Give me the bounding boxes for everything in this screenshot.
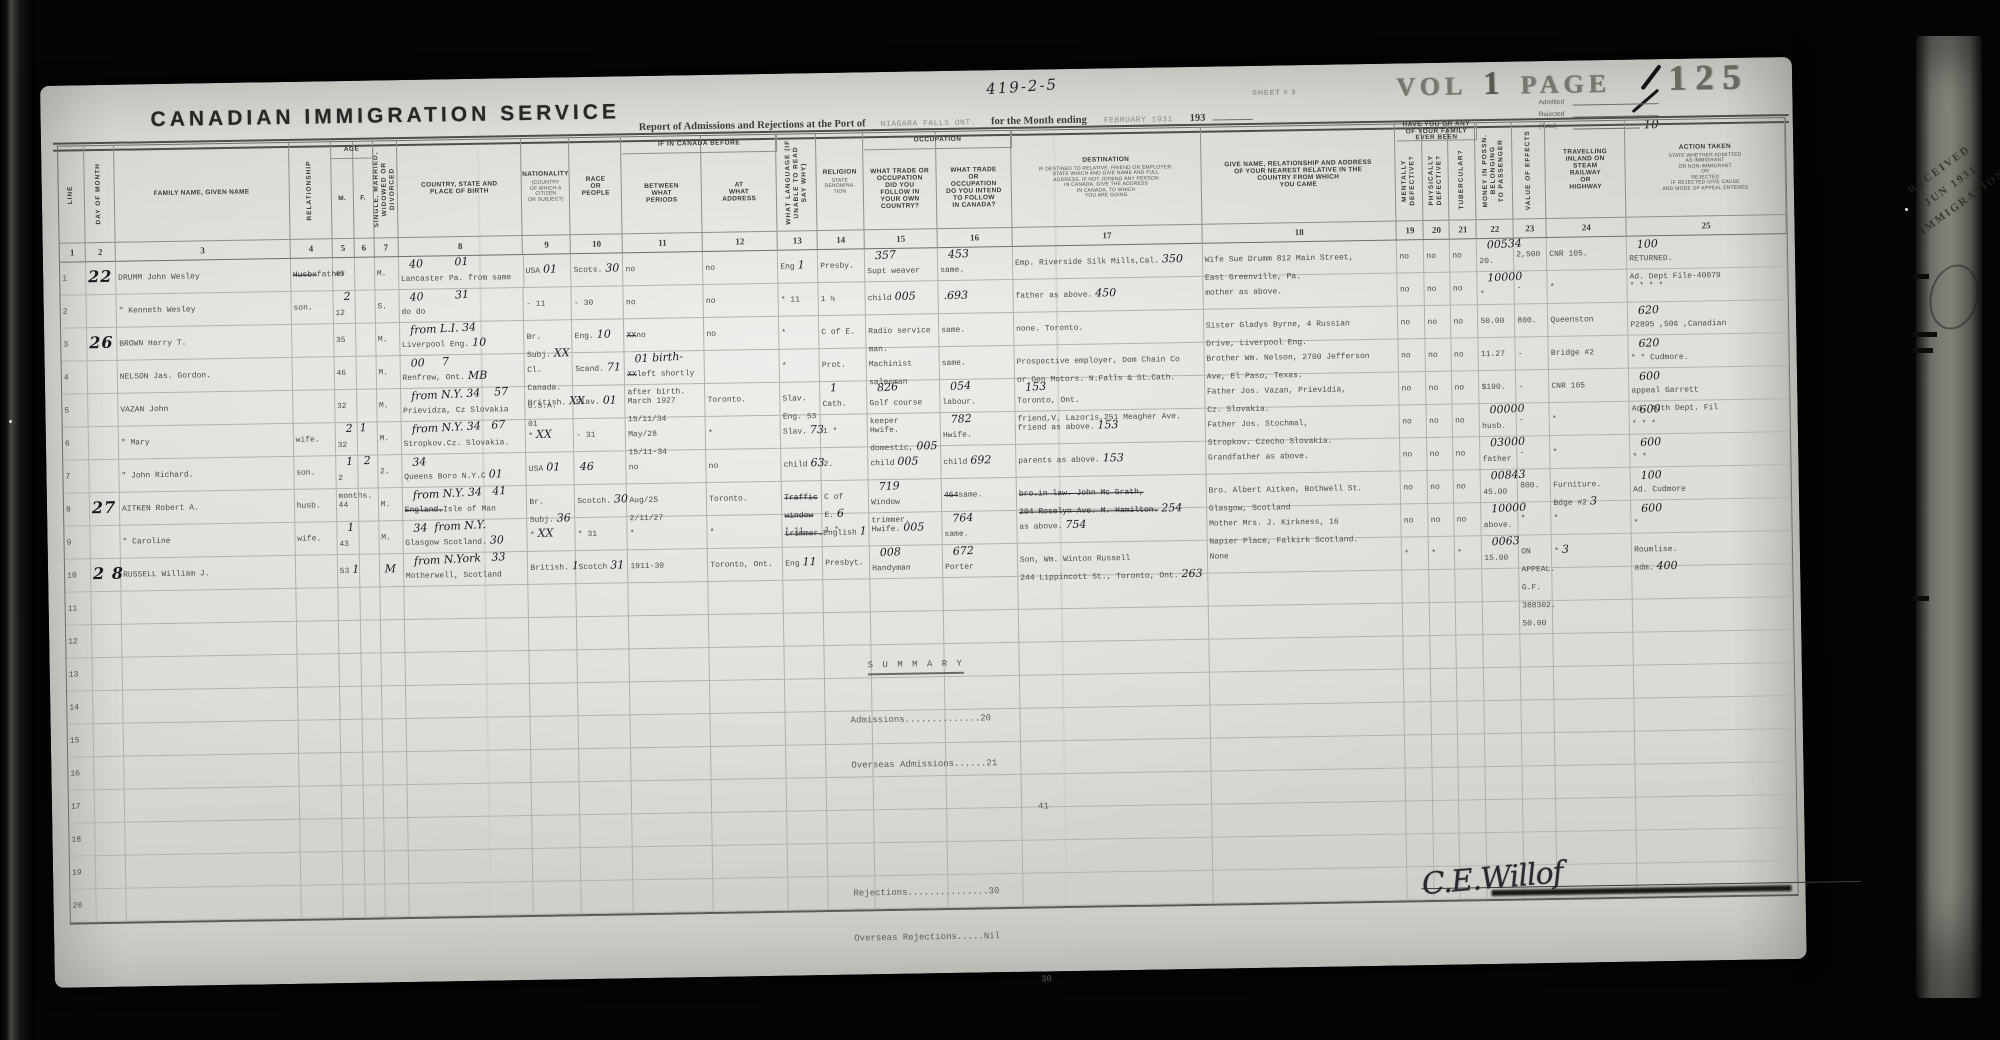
table-cell [1209,636,1404,671]
column-header-label: FAMILY NAME, GIVEN NAME [154,188,250,197]
table-cell: * [1402,537,1429,569]
table-cell [710,680,785,713]
table-cell: no [1400,405,1427,437]
table-cell [631,714,711,747]
table-cell [1632,564,1792,599]
table-cell: Toronto, Ont. [708,548,783,581]
table-cell: * 11 [779,283,819,316]
table-cell: Father Jos. Stochmal, Stropkov. Czecho S… [1205,405,1400,440]
table-cell [405,618,530,652]
table-cell: ″ Kenneth Wesley [116,292,291,327]
table-cell [299,786,341,819]
table-cell: same. [939,346,1014,379]
table-cell: 40 01Lancaster Pa. from same [399,255,524,289]
table-cell: Cl. Canada. U.S.A. 01 [525,353,573,386]
admitted-row: Admitted [1538,95,1658,106]
table-cell [578,649,630,682]
table-cell [86,295,116,327]
column-header-label: ACTION TAKEN [1679,143,1731,151]
table-cell: 27 [90,493,120,525]
table-cell: no [1399,372,1426,404]
table-cell: 14 [67,691,93,723]
column-header: NATIONALITY(COUNTRY OF WHICH A CITIZEN O… [521,138,571,235]
film-mark [1913,348,1933,353]
film-scribble [1923,259,1986,335]
column-header-label: F. [360,194,366,201]
table-cell: *XX [526,419,574,452]
table-cell [89,460,119,492]
table-cell: as above.754 [1017,508,1207,543]
table-cell: USA01 [527,452,575,485]
table-cell [1636,795,1796,830]
table-cell [634,879,714,912]
table-cell: 1 * [822,513,869,546]
column-header-label: RELIGION [823,168,857,176]
table-cell: Slav.01 [574,385,626,418]
table-cell [1486,767,1523,800]
column-number: 5 [332,239,354,257]
table-cell: M. [377,422,401,454]
table-cell [530,683,578,716]
table-cell: 35 [334,324,357,356]
table-cell [1459,800,1486,832]
table-cell [1633,597,1793,632]
table-cell [1456,569,1483,601]
table-cell: child005 [865,281,938,314]
table-cell [122,622,297,657]
film-mark [1913,596,1929,601]
column-header-label: DESTINATION [1082,155,1129,163]
column-number: 17 [1012,225,1202,246]
table-cell [1433,768,1459,800]
table-cell [577,583,629,616]
table-cell: VAZAN John [118,391,293,426]
table-cell [577,616,629,649]
table-cell [786,712,826,745]
table-cell: 357Supt weaver [865,248,938,281]
table-cell: 054labour. [940,379,1015,412]
table-cell: no [1428,504,1454,536]
table-cell [88,394,118,426]
table-cell: 1 ½ [818,282,865,315]
column-header-label: NATIONALITY [522,170,569,178]
table-cell [338,588,361,620]
year-blank [1212,110,1252,121]
table-cell [381,653,405,685]
table-cell [91,592,121,624]
table-cell: 1Cath. [820,381,867,414]
table-cell [709,614,784,647]
table-cell: 00000husb. [1480,404,1518,437]
table-cell [631,747,711,780]
table-cell [383,752,407,784]
table-cell: * [1518,502,1551,535]
table-cell [1633,630,1793,665]
column-number: 16 [937,228,1012,247]
column-header: COUNTRY, STATE AND PLACE OF BIRTH [397,139,523,237]
table-cell [1430,570,1456,602]
table-cell [360,587,381,619]
table-cell: 100Ad. Cudmore [1631,465,1791,500]
handwritten-stroke [1640,64,1661,90]
table-cell: Sister Gladys Byrne, 4 Russian Drive, Li… [1204,307,1399,342]
table-cell: 50.00 [1478,305,1515,338]
table-cell: Roumlise. adm.400 [1632,531,1792,566]
table-cell: * [628,516,708,549]
column-header: MONEY IN POSSN. BELONGING TO PASSENGER [1475,123,1514,220]
column-number: 21 [1450,220,1477,238]
table-cell: friend as above.153 [1015,409,1205,444]
table-cell: 10 [65,559,91,591]
table-cell [381,620,405,652]
column-header-label: TUBERCULAR? [1458,149,1467,209]
table-cell [633,846,713,879]
table-cell: none. Toronto. [1014,310,1204,345]
table-cell: 143 [337,522,360,554]
table-cell [1486,800,1523,833]
table-cell [943,577,1018,610]
table-cell [293,390,335,423]
table-cell: 44 [336,489,359,521]
table-cell: 12 [66,625,92,657]
table-cell: no [1399,339,1426,371]
table-cell: - [1516,337,1549,370]
column-number: 19 [1397,221,1424,239]
table-cell [630,648,710,681]
table-cell [96,889,126,921]
table-cell [632,780,712,813]
table-cell [297,621,339,654]
table-cell [357,389,378,421]
table-cell [1485,734,1522,767]
table-cell: 03000father [1480,437,1518,470]
column-header: LINE [58,146,86,242]
column-number: 8 [398,236,523,256]
table-cell [823,579,870,612]
table-cell: Aug/25 2/11/27 [627,483,707,516]
table-cell [1211,735,1406,770]
table-cell [1210,669,1405,704]
table-cell: no [1451,272,1478,304]
table-cell [1634,663,1794,698]
table-cell [384,818,408,850]
table-cell: - [1517,436,1550,469]
film-left-edge [0,0,36,1040]
table-cell [1556,798,1636,831]
table-cell: 18 [69,823,95,855]
table-cell [711,746,786,779]
table-cell: 006315.00 [1482,536,1520,569]
column-header-label: AT WHAT ADDRESS [722,181,756,203]
table-cell: AITKEN Robert A. [120,490,295,525]
table-cell: no [1451,305,1478,337]
table-cell [534,881,582,914]
table-cell: 00 7Renfrew, Ont.MB [400,354,525,388]
table-cell: 719Window trimmer. [869,479,942,512]
table-cell [297,654,339,687]
table-cell: 26 [87,328,117,360]
table-cell: no [1453,437,1480,469]
table-cell: 782Hwife. [941,412,1016,445]
table-cell [1635,696,1795,731]
table-cell: 17 [69,790,95,822]
table-cell [870,578,943,611]
column-header: RELIGIONSTATE DENOMINA- TION [816,133,865,230]
table-cell: - [1515,271,1548,304]
summary-admissions: Admissions..............20 [851,710,1048,728]
table-cell: no [704,317,779,350]
table-cell [1211,768,1406,803]
table-cell [787,811,827,844]
table-cell: 600* * * [1630,399,1790,434]
table-cell [355,257,376,289]
table-cell: 1911-30 [628,549,708,582]
column-header-label: LINE [67,185,75,204]
table-cell: 600appeal Garrett Ad. Auth Dept. Fil [1629,366,1789,401]
table-cell: - 11 [524,287,572,320]
table-cell [787,778,827,811]
table-cell: 2. [821,447,868,480]
table-cell [341,786,364,818]
table-cell: Eng.10 [572,319,624,352]
column-header-label: MENTALLY DEFECTIVE? [1401,155,1418,206]
table-cell: 800. [1518,469,1551,502]
table-cell [406,684,531,718]
table-cell [125,820,300,855]
table-cell [1555,732,1635,765]
table-cell: 1 22 months. [336,456,359,488]
table-cell [404,585,529,619]
column-number: 23 [1514,219,1547,238]
table-cell: * 11 [782,514,822,547]
table-cell: same. [939,313,1014,346]
table-cell: M. [376,323,400,355]
table-cell [364,851,385,883]
table-cell [1210,702,1405,737]
column-header: VALUE OF EFFECTS [1512,122,1547,219]
table-cell: * [1551,501,1631,534]
sheet-number: SHEET # 3 [1252,89,1296,97]
table-cell: M. [376,356,400,388]
table-cell [92,625,122,657]
table-cell [1483,602,1520,635]
table-cell [406,717,531,751]
table-cell: Eng11 [783,547,823,580]
table-cell: CNR 105 [1549,369,1629,402]
page-title: CANADIAN IMMIGRATION SERVICE [150,100,620,132]
table-cell: no [706,449,781,482]
microfilm-scan: RECEIVED JUN 1931 IMMIGRATION CANADIAN I… [0,0,2000,1040]
table-cell [94,757,124,789]
table-cell [581,814,633,847]
table-cell: Slav. Eng. 53 [780,382,820,415]
table-cell [632,813,712,846]
table-cell [1484,668,1521,701]
table-cell [785,679,825,712]
table-cell [1519,568,1552,601]
table-cell: CNR 105. [1547,237,1627,270]
table-cell: 2,500 [1514,238,1547,271]
column-group-header: AGE [331,141,373,159]
table-cell [1458,734,1485,766]
table-cell [1021,772,1211,807]
table-cell [710,647,785,680]
table-cell [296,555,338,588]
table-cell: 8 [64,493,90,525]
table-cell [712,812,787,845]
table-cell: * [1429,537,1455,569]
table-cell: * [1550,402,1630,435]
table-cell: British.XX [526,386,575,419]
column-group-header: HAVE YOU OR ANY OF YOUR FAMILY EVER BEEN [1397,123,1477,141]
table-cell [361,620,382,652]
table-cell [1457,635,1484,667]
table-cell: May/28 15/11-34 [626,417,706,450]
column-header: RELATIONSHIP [289,142,333,239]
column-header-label: WHAT LANGUAGE (IF UNABLE TO READ SAY WHY… [784,137,809,227]
table-cell: Husbxfather [291,258,334,291]
table-cell: .693 [938,280,1013,313]
table-cell: no [626,450,706,483]
table-cell [292,357,334,390]
table-cell [125,787,300,822]
table-cell: no [1454,503,1481,535]
table-cell [339,621,362,653]
table-cell: Prot. [820,348,867,381]
table-cell: no [1425,273,1451,305]
table-cell: Slav.73 [781,415,822,448]
table-cell [88,361,118,393]
table-cell [360,554,381,586]
table-cell: son. [291,291,333,324]
table-cell: Son, Wm. Winton Russell 244 Lippincott S… [1018,541,1208,576]
table-cell [1521,667,1554,700]
table-cell: no [704,284,779,317]
table-cell: 10000above. [1481,503,1519,536]
table-cell [408,816,533,850]
table-cell: 40 31do do [399,288,524,322]
table-cell: 2 [60,295,86,327]
column-header-label: WHAT TRADE OR OCCUPATION DID YOU FOLLOW … [870,167,929,210]
table-cell: - 31 [574,418,626,451]
table-cell: 10000* [1478,272,1516,305]
table-cell: Presby. [818,249,865,282]
table-cell [95,790,125,822]
table-cell [92,658,122,690]
table-cell: no [703,251,778,284]
table-cell [1554,633,1634,666]
summary-overseas-rejections: Overseas Rejections.....Nil [854,928,1051,946]
table-cell [300,819,342,852]
table-cell: 453same. [938,247,1013,280]
table-cell: father as above.450 [1013,277,1203,312]
table-cell [630,681,710,714]
column-number: 2 [86,243,116,261]
table-cell [1636,762,1796,797]
table-cell [340,687,363,719]
table-cell [382,686,406,718]
table-cell: 7 [63,460,89,492]
table-cell: Toronto. [705,383,780,416]
table-cell [1020,673,1210,708]
table-cell: ″ Caroline [120,523,295,558]
table-cell: C of E.6 [822,480,869,513]
table-cell: DRUMM John Wesley [116,259,291,294]
table-cell [361,653,382,685]
table-cell: * [707,515,782,548]
table-cell [298,720,340,753]
table-cell: None [1207,537,1402,572]
table-cell: 45 [333,258,356,290]
table-cell: no [624,285,704,318]
table-cell: no [1426,372,1452,404]
table-cell [1552,567,1632,600]
table-cell [1553,600,1633,633]
table-cell [301,885,343,918]
table-cell: no [1426,339,1452,371]
table-cell: 800. [1515,304,1548,337]
column-header: DAY OF MONTH [84,146,116,242]
table-cell: * [1455,536,1482,568]
table-cell: parents as above.153 [1016,442,1206,477]
table-cell [1523,766,1556,799]
column-header-sublabel: STATE WHETHER ADMITTED AS IMMIGRANT OR N… [1662,152,1749,192]
table-cell [1020,706,1210,741]
table-cell [408,849,533,883]
table-cell: from N.Y. 34 67Stropkov.Cz. Slovakia. [401,420,526,454]
table-cell: 2. [378,455,402,487]
column-number: 3 [116,240,291,261]
table-cell: 008Handyman [870,545,943,578]
table-cell [711,713,786,746]
table-cell: *3 [1552,534,1632,567]
table-cell [90,526,120,558]
table-cell: Hwife. domestic,005 [868,413,941,446]
summary-overseas-admissions: Overseas Admissions......21 [851,755,1048,773]
table-cell [529,617,577,650]
table-cell [1403,603,1430,635]
table-cell [95,823,125,855]
table-cell [786,745,826,778]
table-cell [1406,768,1433,800]
table-cell: 13 [66,658,92,690]
table-cell [1459,767,1486,799]
table-cell [1555,699,1635,732]
table-cell [298,687,340,720]
table-cell: from N.York 33Motherwell, Scotland [403,552,528,586]
table-cell [1522,733,1555,766]
table-cell: no [1453,404,1480,436]
table-cell [783,580,823,613]
table-cell [1019,640,1209,675]
table-cell: Presbyt. [823,546,870,579]
table-cell: no [1400,438,1427,470]
table-cell [340,720,363,752]
table-cell: no [1450,239,1477,271]
page-number-stamp: 125 [1668,56,1750,99]
table-cell [359,521,380,553]
table-cell: Emp. Riverside Silk Mills,Cal.350 [1013,244,1203,279]
table-cell: 46 [575,451,627,484]
table-cell [1405,702,1432,734]
file-number-handwritten: 419-2-5 [986,75,1059,98]
table-cell: USA01 [523,254,571,287]
table-cell: Queenston [1548,303,1628,336]
table-cell [362,719,383,751]
column-header-label: DAY OF MONTH [95,163,104,225]
table-cell: no [1452,371,1479,403]
column-number: 1 [60,243,86,261]
